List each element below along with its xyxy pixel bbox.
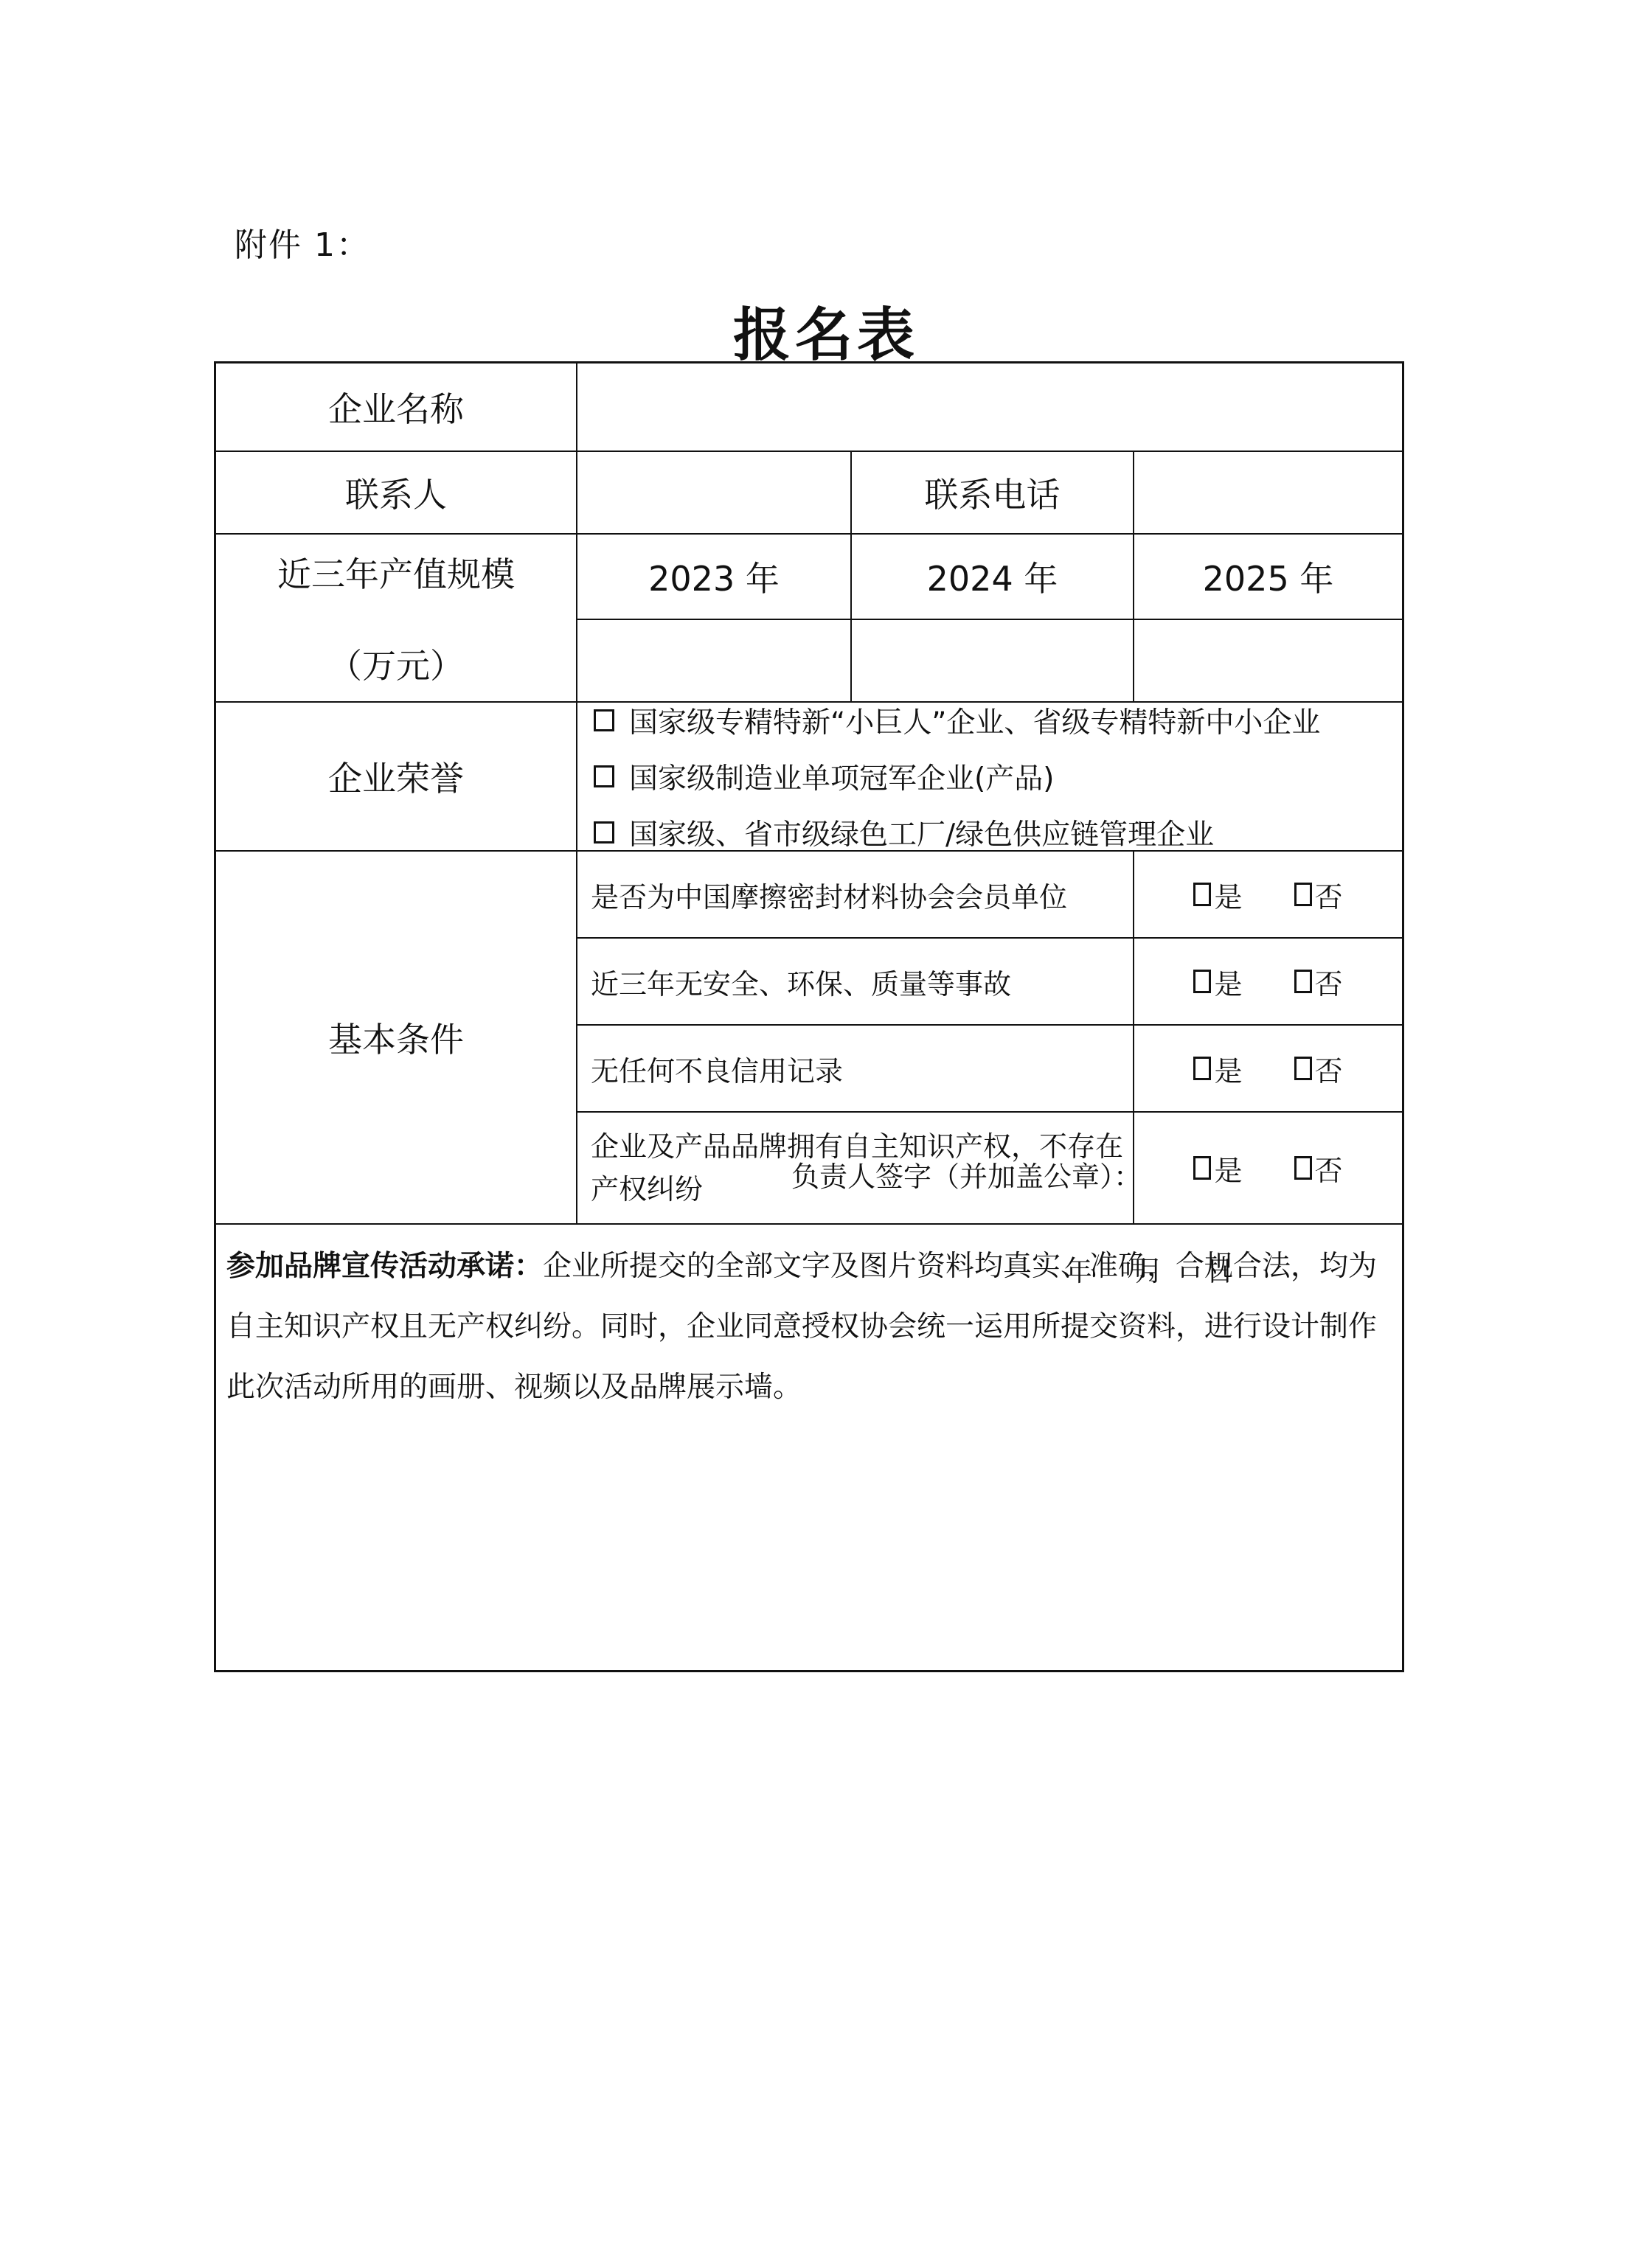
checkbox-icon[interactable] <box>1294 1057 1312 1080</box>
no-label: 否 <box>1315 1148 1343 1189</box>
checkbox-icon[interactable] <box>594 765 614 787</box>
year-2024-label: 2024 年 <box>852 535 1134 620</box>
form-title: 报名表 <box>0 289 1652 372</box>
yes-label: 是 <box>1214 874 1242 915</box>
checkbox-icon[interactable] <box>1294 1156 1312 1180</box>
checkbox-icon[interactable] <box>1193 1057 1211 1080</box>
no-label: 否 <box>1315 1048 1343 1089</box>
phone-field[interactable] <box>1134 452 1402 535</box>
year-2023-label: 2023 年 <box>577 535 852 620</box>
honor-item[interactable]: 国家级专精特新“小巨人”企业、省级专精特新中小企业 <box>594 700 1320 741</box>
no-option[interactable]: 否 <box>1294 874 1343 915</box>
registration-form: 企业名称 联系人 联系电话 近三年产值规模 （万元） 2023 年 2024 年… <box>214 361 1404 1672</box>
checkbox-icon[interactable] <box>594 821 614 843</box>
basic-conditions-label: 基本条件 <box>216 852 577 1225</box>
checkbox-icon[interactable] <box>1193 883 1211 906</box>
yes-option[interactable]: 是 <box>1193 961 1242 1002</box>
commitment-section: 参加品牌宣传活动承诺：企业所提交的全部文字及图片资料均真实、准确，合规合法，均为… <box>216 1225 1402 1672</box>
honor-item[interactable]: 国家级制造业单项冠军企业(产品) <box>594 756 1054 797</box>
checkbox-icon[interactable] <box>1294 883 1312 906</box>
honors-label: 企业荣誉 <box>216 703 577 852</box>
yes-option[interactable]: 是 <box>1193 1148 1242 1189</box>
yes-label: 是 <box>1214 1048 1242 1089</box>
company-name-label: 企业名称 <box>216 363 577 452</box>
company-name-field[interactable] <box>577 363 1402 452</box>
yes-label: 是 <box>1214 1148 1242 1189</box>
date-day: 日 <box>1206 1255 1235 1287</box>
contact-label: 联系人 <box>216 452 577 535</box>
no-option[interactable]: 否 <box>1294 961 1343 1002</box>
condition-label: 无任何不良信用记录 <box>577 1026 1134 1113</box>
year-2025-label: 2025 年 <box>1134 535 1402 620</box>
phone-label: 联系电话 <box>852 452 1134 535</box>
year-2025-field[interactable] <box>1134 620 1402 703</box>
checkbox-icon[interactable] <box>1193 1156 1211 1180</box>
honor-label: 国家级制造业单项冠军企业(产品) <box>629 756 1054 797</box>
yes-label: 是 <box>1214 961 1242 1002</box>
output-label: 近三年产值规模 （万元） <box>216 535 577 703</box>
yes-option[interactable]: 是 <box>1193 874 1242 915</box>
contact-field[interactable] <box>577 452 852 535</box>
checkbox-icon[interactable] <box>1193 970 1211 993</box>
honor-label: 国家级专精特新“小巨人”企业、省级专精特新中小企业 <box>629 700 1320 741</box>
condition-yes-no: 是否 <box>1134 1113 1402 1225</box>
signature-label: 负责人签字（并加盖公章）： <box>791 1154 1142 1194</box>
output-label-line2: （万元） <box>328 639 464 688</box>
attachment-label: 附件 1： <box>235 218 370 265</box>
honors-list: 国家级专精特新“小巨人”企业、省级专精特新中小企业 国家级制造业单项冠军企业(产… <box>577 703 1402 852</box>
no-option[interactable]: 否 <box>1294 1148 1343 1189</box>
condition-yes-no: 是否 <box>1134 1026 1402 1113</box>
date-month: 月 <box>1135 1255 1165 1287</box>
honor-item[interactable]: 国家级、省市级绿色工厂/绿色供应链管理企业 <box>594 812 1214 853</box>
no-label: 否 <box>1315 874 1343 915</box>
year-2023-field[interactable] <box>577 620 852 703</box>
condition-yes-no: 是否 <box>1134 852 1402 939</box>
yes-option[interactable]: 是 <box>1193 1048 1242 1089</box>
checkbox-icon[interactable] <box>1294 970 1312 993</box>
year-2024-field[interactable] <box>852 620 1134 703</box>
commitment-heading: 参加品牌宣传活动承诺： <box>226 1250 543 1283</box>
output-label-line1: 近三年产值规模 <box>277 548 515 596</box>
no-option[interactable]: 否 <box>1294 1048 1343 1089</box>
honor-label: 国家级、省市级绿色工厂/绿色供应链管理企业 <box>629 812 1214 853</box>
condition-label: 近三年无安全、环保、质量等事故 <box>577 939 1134 1026</box>
checkbox-icon[interactable] <box>594 709 614 731</box>
condition-yes-no: 是否 <box>1134 939 1402 1026</box>
date-year: 年 <box>1064 1255 1094 1287</box>
no-label: 否 <box>1315 961 1343 1002</box>
date-line[interactable]: 年月日 <box>1064 1248 1277 1289</box>
condition-label: 是否为中国摩擦密封材料协会会员单位 <box>577 852 1134 939</box>
